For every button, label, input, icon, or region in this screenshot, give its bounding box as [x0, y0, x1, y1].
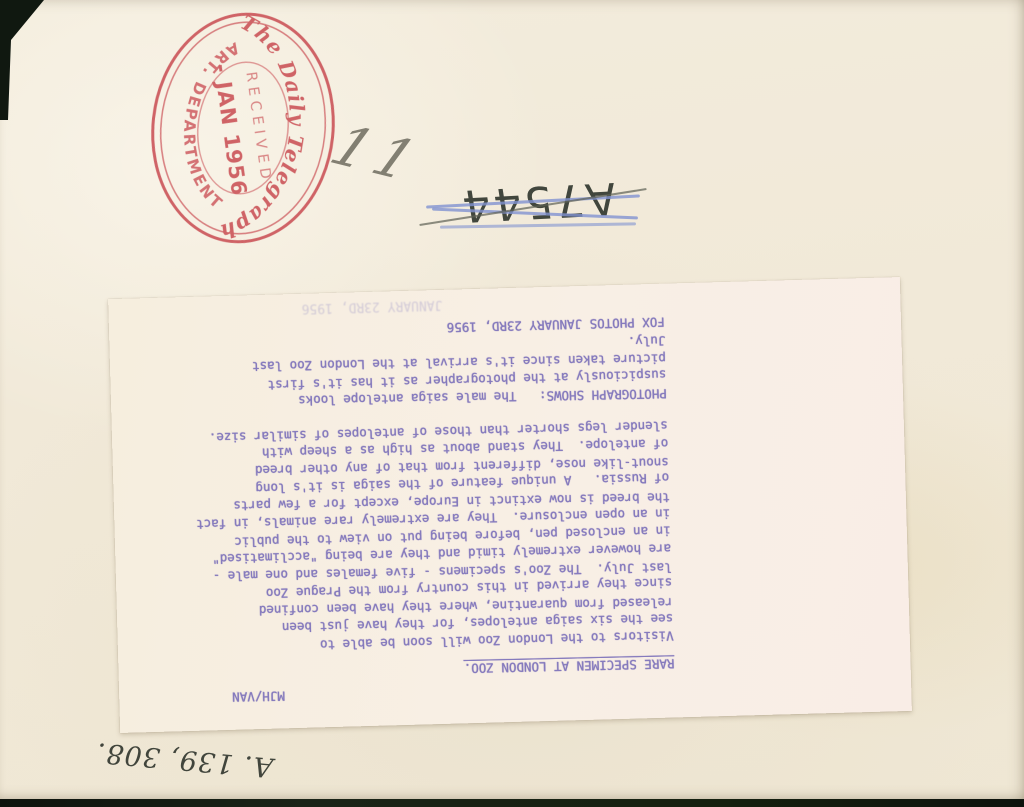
daily-telegraph-received-stamp: The Daily Telegraph ART. DEPARTMENT RECE…: [136, 0, 350, 257]
stamp-graphic: The Daily Telegraph ART. DEPARTMENT RECE…: [136, 0, 350, 257]
caption-credit-code: MJH/VAN: [177, 680, 675, 707]
photo-verso: The Daily Telegraph ART. DEPARTMENT RECE…: [0, 0, 1024, 799]
scan-edge-strip: [0, 799, 1024, 807]
archive-number-annotation: A. 139, 308.: [91, 736, 278, 783]
caption-heading: RARE SPECIMEN AT LONDON ZOO.: [464, 655, 675, 677]
caption-sheet: JANUARY 23RD, 1956 MJH/VAN RARE SPECIMEN…: [108, 277, 912, 733]
typed-caption: MJH/VAN RARE SPECIMEN AT LONDON ZOO. Vis…: [108, 279, 912, 731]
crossed-reference-annotation: A7544: [438, 168, 638, 248]
